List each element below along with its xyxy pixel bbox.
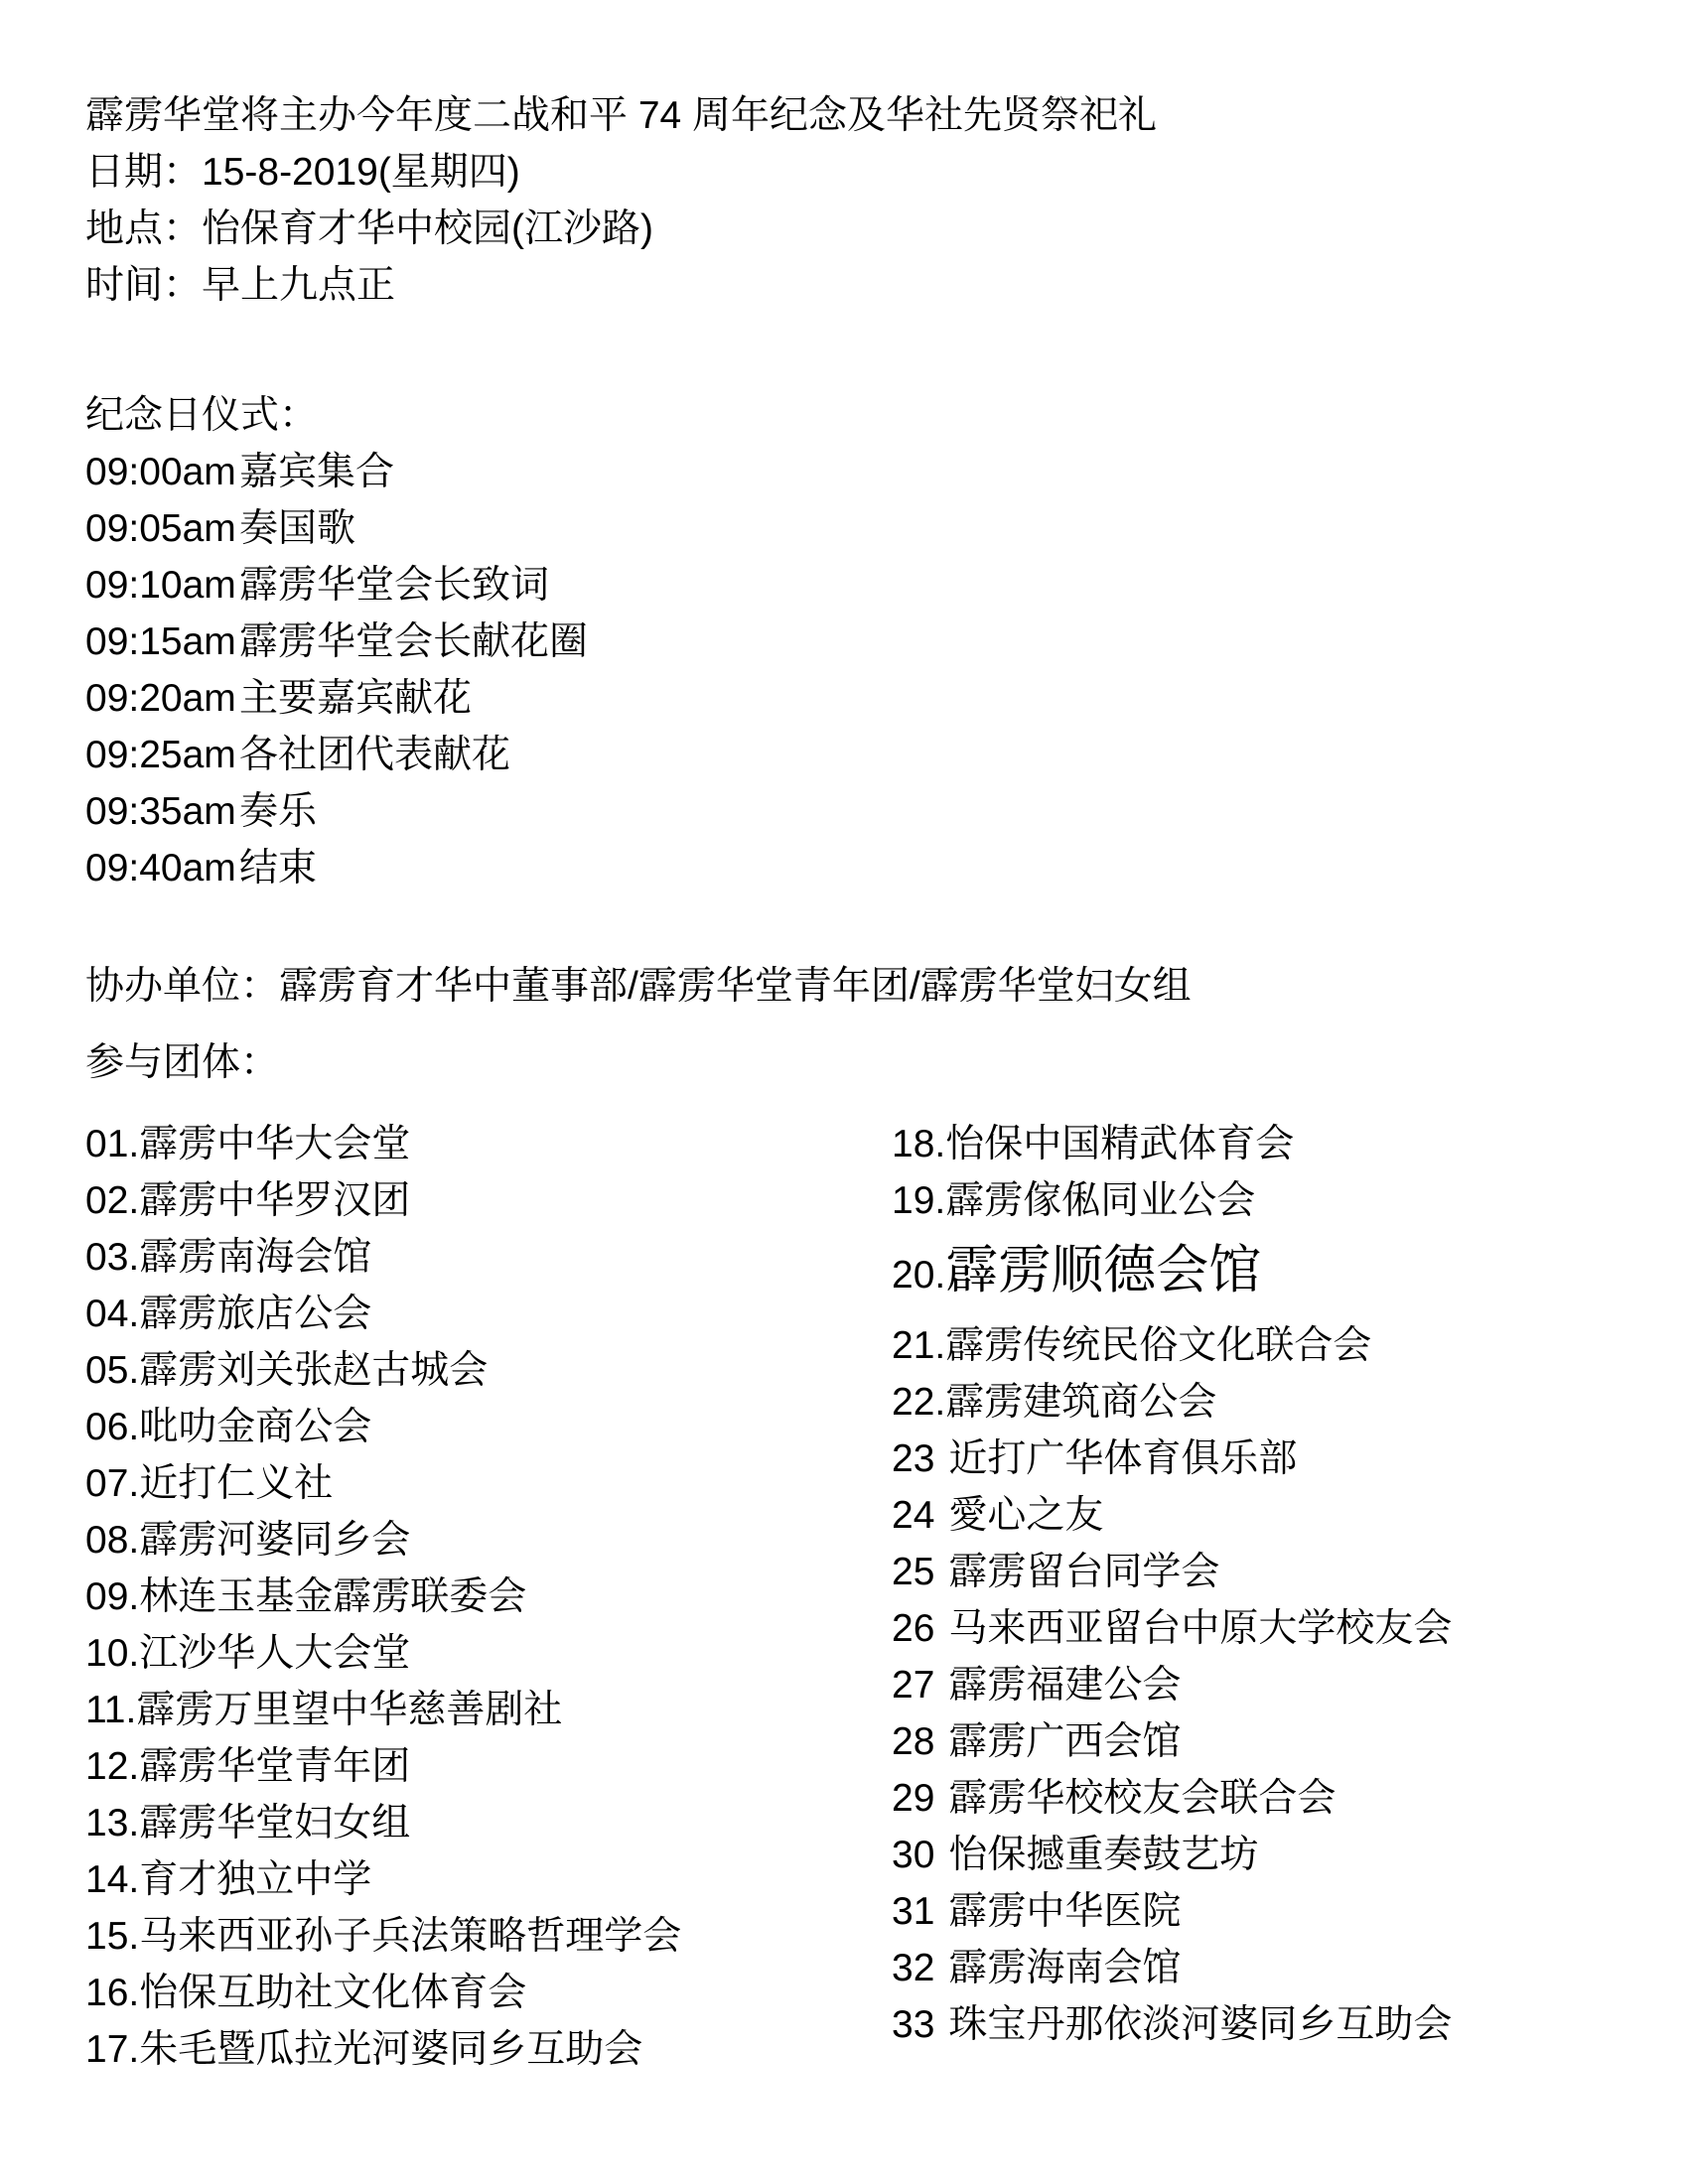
participant-item: 17.朱毛暨瓜拉光河婆同乡互助会 <box>85 2021 892 2078</box>
participant-name: 马来西亚留台中原大学校友会 <box>948 1607 1452 1650</box>
participant-number: 26 <box>892 1607 934 1650</box>
participant-item: 33珠宝丹那依淡河婆同乡互助会 <box>892 1996 1633 2053</box>
participant-number: 24 <box>892 1494 934 1537</box>
participant-item: 04.霹雳旅店公会 <box>85 1286 892 1342</box>
participant-name: 霹雳留台同学会 <box>948 1551 1219 1593</box>
participant-number: 10. <box>85 1632 139 1675</box>
schedule-row: 09:35am奏乐 <box>85 783 1633 840</box>
participant-number: 16. <box>85 1972 139 2014</box>
participant-item: 12.霹雳华堂青年团 <box>85 1738 892 1795</box>
participant-name: 育才独立中学 <box>139 1858 371 1901</box>
schedule-row: 09:15am霹雳华堂会长献花圈 <box>85 614 1633 670</box>
participant-number: 15. <box>85 1915 139 1958</box>
detail-date: 日期：15-8-2019(星期四) <box>85 144 1633 201</box>
participant-number: 03. <box>85 1236 139 1279</box>
participant-item: 02.霹雳中华罗汉团 <box>85 1172 892 1229</box>
schedule-activity: 嘉宾集合 <box>239 444 394 500</box>
participant-name: 霹雳广西会馆 <box>948 1720 1181 1763</box>
schedule-time: 09:35am <box>85 783 239 840</box>
participant-number: 23 <box>892 1437 934 1480</box>
schedule-time: 09:05am <box>85 500 239 557</box>
participant-name: 朱毛暨瓜拉光河婆同乡互助会 <box>139 2028 642 2071</box>
participant-name: 怡保互助社文化体育会 <box>139 1972 526 2014</box>
schedule-row: 09:00am嘉宾集合 <box>85 444 1633 500</box>
participant-item: 26马来西亚留台中原大学校友会 <box>892 1600 1633 1657</box>
participant-name: 吡叻金商公会 <box>139 1406 371 1448</box>
co-organizers-line: 协办单位：霹雳育才华中董事部/霹雳华堂青年团/霹雳华堂妇女组 <box>85 958 1633 1015</box>
detail-location-label: 地点： <box>85 207 202 250</box>
schedule-row: 09:20am主要嘉宾献花 <box>85 670 1633 727</box>
participant-name: 愛心之友 <box>948 1494 1103 1537</box>
participant-item: 30怡保撼重奏鼓艺坊 <box>892 1827 1633 1883</box>
detail-date-label: 日期： <box>85 151 202 194</box>
announcement-document: 霹雳华堂将主办今年度二战和平 74 周年纪念及华社先贤祭祀礼 日期：15-8-2… <box>0 0 1688 2184</box>
schedule-time: 09:25am <box>85 727 239 783</box>
participant-item: 09.林连玉基金霹雳联委会 <box>85 1569 892 1625</box>
schedule-row: 09:05am奏国歌 <box>85 500 1633 557</box>
participant-number: 29 <box>892 1777 934 1820</box>
participant-name: 霹雳海南会馆 <box>948 1947 1181 1989</box>
participant-number: 02. <box>85 1179 139 1222</box>
participant-item: 05.霹雳刘关张赵古城会 <box>85 1342 892 1399</box>
participant-number: 28 <box>892 1720 934 1763</box>
participant-number: 22. <box>892 1381 945 1424</box>
participant-name: 霹雳建筑商公会 <box>945 1381 1216 1424</box>
participants-list: 01.霹雳中华大会堂02.霹雳中华罗汉团03.霹雳南海会馆04.霹雳旅店公会05… <box>85 1116 1633 2078</box>
participant-name: 怡保撼重奏鼓艺坊 <box>948 1834 1258 1876</box>
participant-name: 霹雳华校校友会联合会 <box>948 1777 1336 1820</box>
schedule-time: 09:15am <box>85 614 239 670</box>
participant-number: 09. <box>85 1575 139 1618</box>
participant-item: 15.马来西亚孙子兵法策略哲理学会 <box>85 1908 892 1965</box>
participant-item: 22.霹雳建筑商公会 <box>892 1374 1633 1431</box>
participant-name: 霹雳华堂妇女组 <box>139 1802 410 1844</box>
schedule-row: 09:10am霹雳华堂会长致词 <box>85 557 1633 614</box>
schedule-activity: 奏国歌 <box>239 500 355 557</box>
participant-number: 21. <box>892 1324 945 1367</box>
participant-item: 16.怡保互助社文化体育会 <box>85 1965 892 2021</box>
participant-name: 霹雳万里望中华慈善剧社 <box>136 1689 562 1731</box>
participant-name: 霹雳传统民俗文化联合会 <box>945 1324 1371 1367</box>
co-organizers-label: 协办单位： <box>85 965 279 1008</box>
participant-item: 32霹雳海南会馆 <box>892 1940 1633 1996</box>
participant-name: 霹雳南海会馆 <box>139 1236 371 1279</box>
participant-item: 07.近打仁义社 <box>85 1455 892 1512</box>
participants-column-right: 18.怡保中国精武体育会19.霹雳傢俬同业公会20.霹雳顺德会馆21.霹雳传统民… <box>892 1116 1633 2078</box>
participant-item: 14.育才独立中学 <box>85 1851 892 1908</box>
participant-item: 11.霹雳万里望中华慈善剧社 <box>85 1682 892 1738</box>
participant-number: 32 <box>892 1947 934 1989</box>
participant-item: 18.怡保中国精武体育会 <box>892 1116 1633 1172</box>
participant-item: 24愛心之友 <box>892 1487 1633 1544</box>
participant-number: 19. <box>892 1179 945 1222</box>
participant-item: 25霹雳留台同学会 <box>892 1544 1633 1600</box>
participant-name: 霹雳河婆同乡会 <box>139 1519 410 1562</box>
event-details: 日期：15-8-2019(星期四) 地点：怡保育才华中校园(江沙路) 时间：早上… <box>85 144 1633 314</box>
participant-number: 04. <box>85 1293 139 1335</box>
participant-item: 01.霹雳中华大会堂 <box>85 1116 892 1172</box>
participant-item: 13.霹雳华堂妇女组 <box>85 1795 892 1851</box>
participant-number: 12. <box>85 1745 139 1788</box>
schedule-row: 09:40am结束 <box>85 840 1633 896</box>
document-title: 霹雳华堂将主办今年度二战和平 74 周年纪念及华社先贤祭祀礼 <box>85 87 1633 144</box>
participant-number: 31 <box>892 1890 934 1933</box>
detail-time: 时间：早上九点正 <box>85 257 1633 314</box>
participant-number: 33 <box>892 2003 934 2046</box>
schedule-activity: 各社团代表献花 <box>239 727 510 783</box>
participant-name: 霹雳中华大会堂 <box>139 1123 410 1165</box>
participant-item: 28霹雳广西会馆 <box>892 1713 1633 1770</box>
participant-item: 06.吡叻金商公会 <box>85 1399 892 1455</box>
schedule-time: 09:40am <box>85 840 239 896</box>
schedule-activity: 奏乐 <box>239 783 317 840</box>
participant-name: 霹雳顺德会馆 <box>945 1241 1261 1299</box>
participant-number: 05. <box>85 1349 139 1392</box>
participant-item: 27霹雳福建公会 <box>892 1657 1633 1713</box>
participant-item: 20.霹雳顺德会馆 <box>892 1229 1633 1317</box>
participant-name: 怡保中国精武体育会 <box>945 1123 1294 1165</box>
participants-column-left: 01.霹雳中华大会堂02.霹雳中华罗汉团03.霹雳南海会馆04.霹雳旅店公会05… <box>85 1116 892 2078</box>
participant-number: 07. <box>85 1462 139 1505</box>
detail-time-value: 早上九点正 <box>202 264 395 307</box>
participant-item: 23近打广华体育俱乐部 <box>892 1431 1633 1487</box>
participant-number: 18. <box>892 1123 945 1165</box>
participant-number: 25 <box>892 1551 934 1593</box>
participant-item: 19.霹雳傢俬同业公会 <box>892 1172 1633 1229</box>
participant-number: 20. <box>892 1254 945 1297</box>
participant-number: 01. <box>85 1123 139 1165</box>
participant-name: 霹雳华堂青年团 <box>139 1745 410 1788</box>
participant-item: 03.霹雳南海会馆 <box>85 1229 892 1286</box>
participant-name: 江沙华人大会堂 <box>139 1632 410 1675</box>
detail-location-value: 怡保育才华中校园(江沙路) <box>202 207 653 250</box>
schedule-time: 09:20am <box>85 670 239 727</box>
participant-number: 06. <box>85 1406 139 1448</box>
participant-number: 11. <box>85 1689 136 1731</box>
participant-number: 27 <box>892 1664 934 1706</box>
detail-date-value: 15-8-2019(星期四) <box>202 151 520 194</box>
participant-name: 霹雳福建公会 <box>948 1664 1181 1706</box>
participant-item: 21.霹雳传统民俗文化联合会 <box>892 1317 1633 1374</box>
schedule-time: 09:10am <box>85 557 239 614</box>
participant-number: 17. <box>85 2028 139 2071</box>
participant-name: 马来西亚孙子兵法策略哲理学会 <box>139 1915 681 1958</box>
participant-name: 林连玉基金霹雳联委会 <box>139 1575 526 1618</box>
ceremony-heading: 纪念日仪式： <box>85 387 1633 444</box>
participant-name: 霹雳旅店公会 <box>139 1293 371 1335</box>
co-organizers-value: 霹雳育才华中董事部/霹雳华堂青年团/霹雳华堂妇女组 <box>279 965 1192 1008</box>
schedule-activity: 霹雳华堂会长致词 <box>239 557 549 614</box>
participant-number: 08. <box>85 1519 139 1562</box>
schedule-activity: 主要嘉宾献花 <box>239 670 472 727</box>
schedule-row: 09:25am各社团代表献花 <box>85 727 1633 783</box>
participant-name: 霹雳傢俬同业公会 <box>945 1179 1255 1222</box>
participant-name: 近打广华体育俱乐部 <box>948 1437 1297 1480</box>
ceremony-schedule: 09:00am嘉宾集合09:05am奏国歌09:10am霹雳华堂会长致词09:1… <box>85 444 1633 896</box>
detail-location: 地点：怡保育才华中校园(江沙路) <box>85 201 1633 257</box>
participant-item: 08.霹雳河婆同乡会 <box>85 1512 892 1569</box>
participant-item: 31霹雳中华医院 <box>892 1883 1633 1940</box>
participant-name: 霹雳刘关张赵古城会 <box>139 1349 488 1392</box>
participants-heading: 参与团体： <box>85 1034 1633 1091</box>
detail-time-label: 时间： <box>85 264 202 307</box>
participant-name: 霹雳中华罗汉团 <box>139 1179 410 1222</box>
participant-number: 30 <box>892 1834 934 1876</box>
participant-name: 珠宝丹那依淡河婆同乡互助会 <box>948 2003 1452 2046</box>
participant-number: 14. <box>85 1858 139 1901</box>
schedule-activity: 结束 <box>239 840 317 896</box>
participant-item: 29霹雳华校校友会联合会 <box>892 1770 1633 1827</box>
participant-number: 13. <box>85 1802 139 1844</box>
schedule-time: 09:00am <box>85 444 239 500</box>
participant-item: 10.江沙华人大会堂 <box>85 1625 892 1682</box>
schedule-activity: 霹雳华堂会长献花圈 <box>239 614 588 670</box>
participant-name: 霹雳中华医院 <box>948 1890 1181 1933</box>
participant-name: 近打仁义社 <box>139 1462 333 1505</box>
